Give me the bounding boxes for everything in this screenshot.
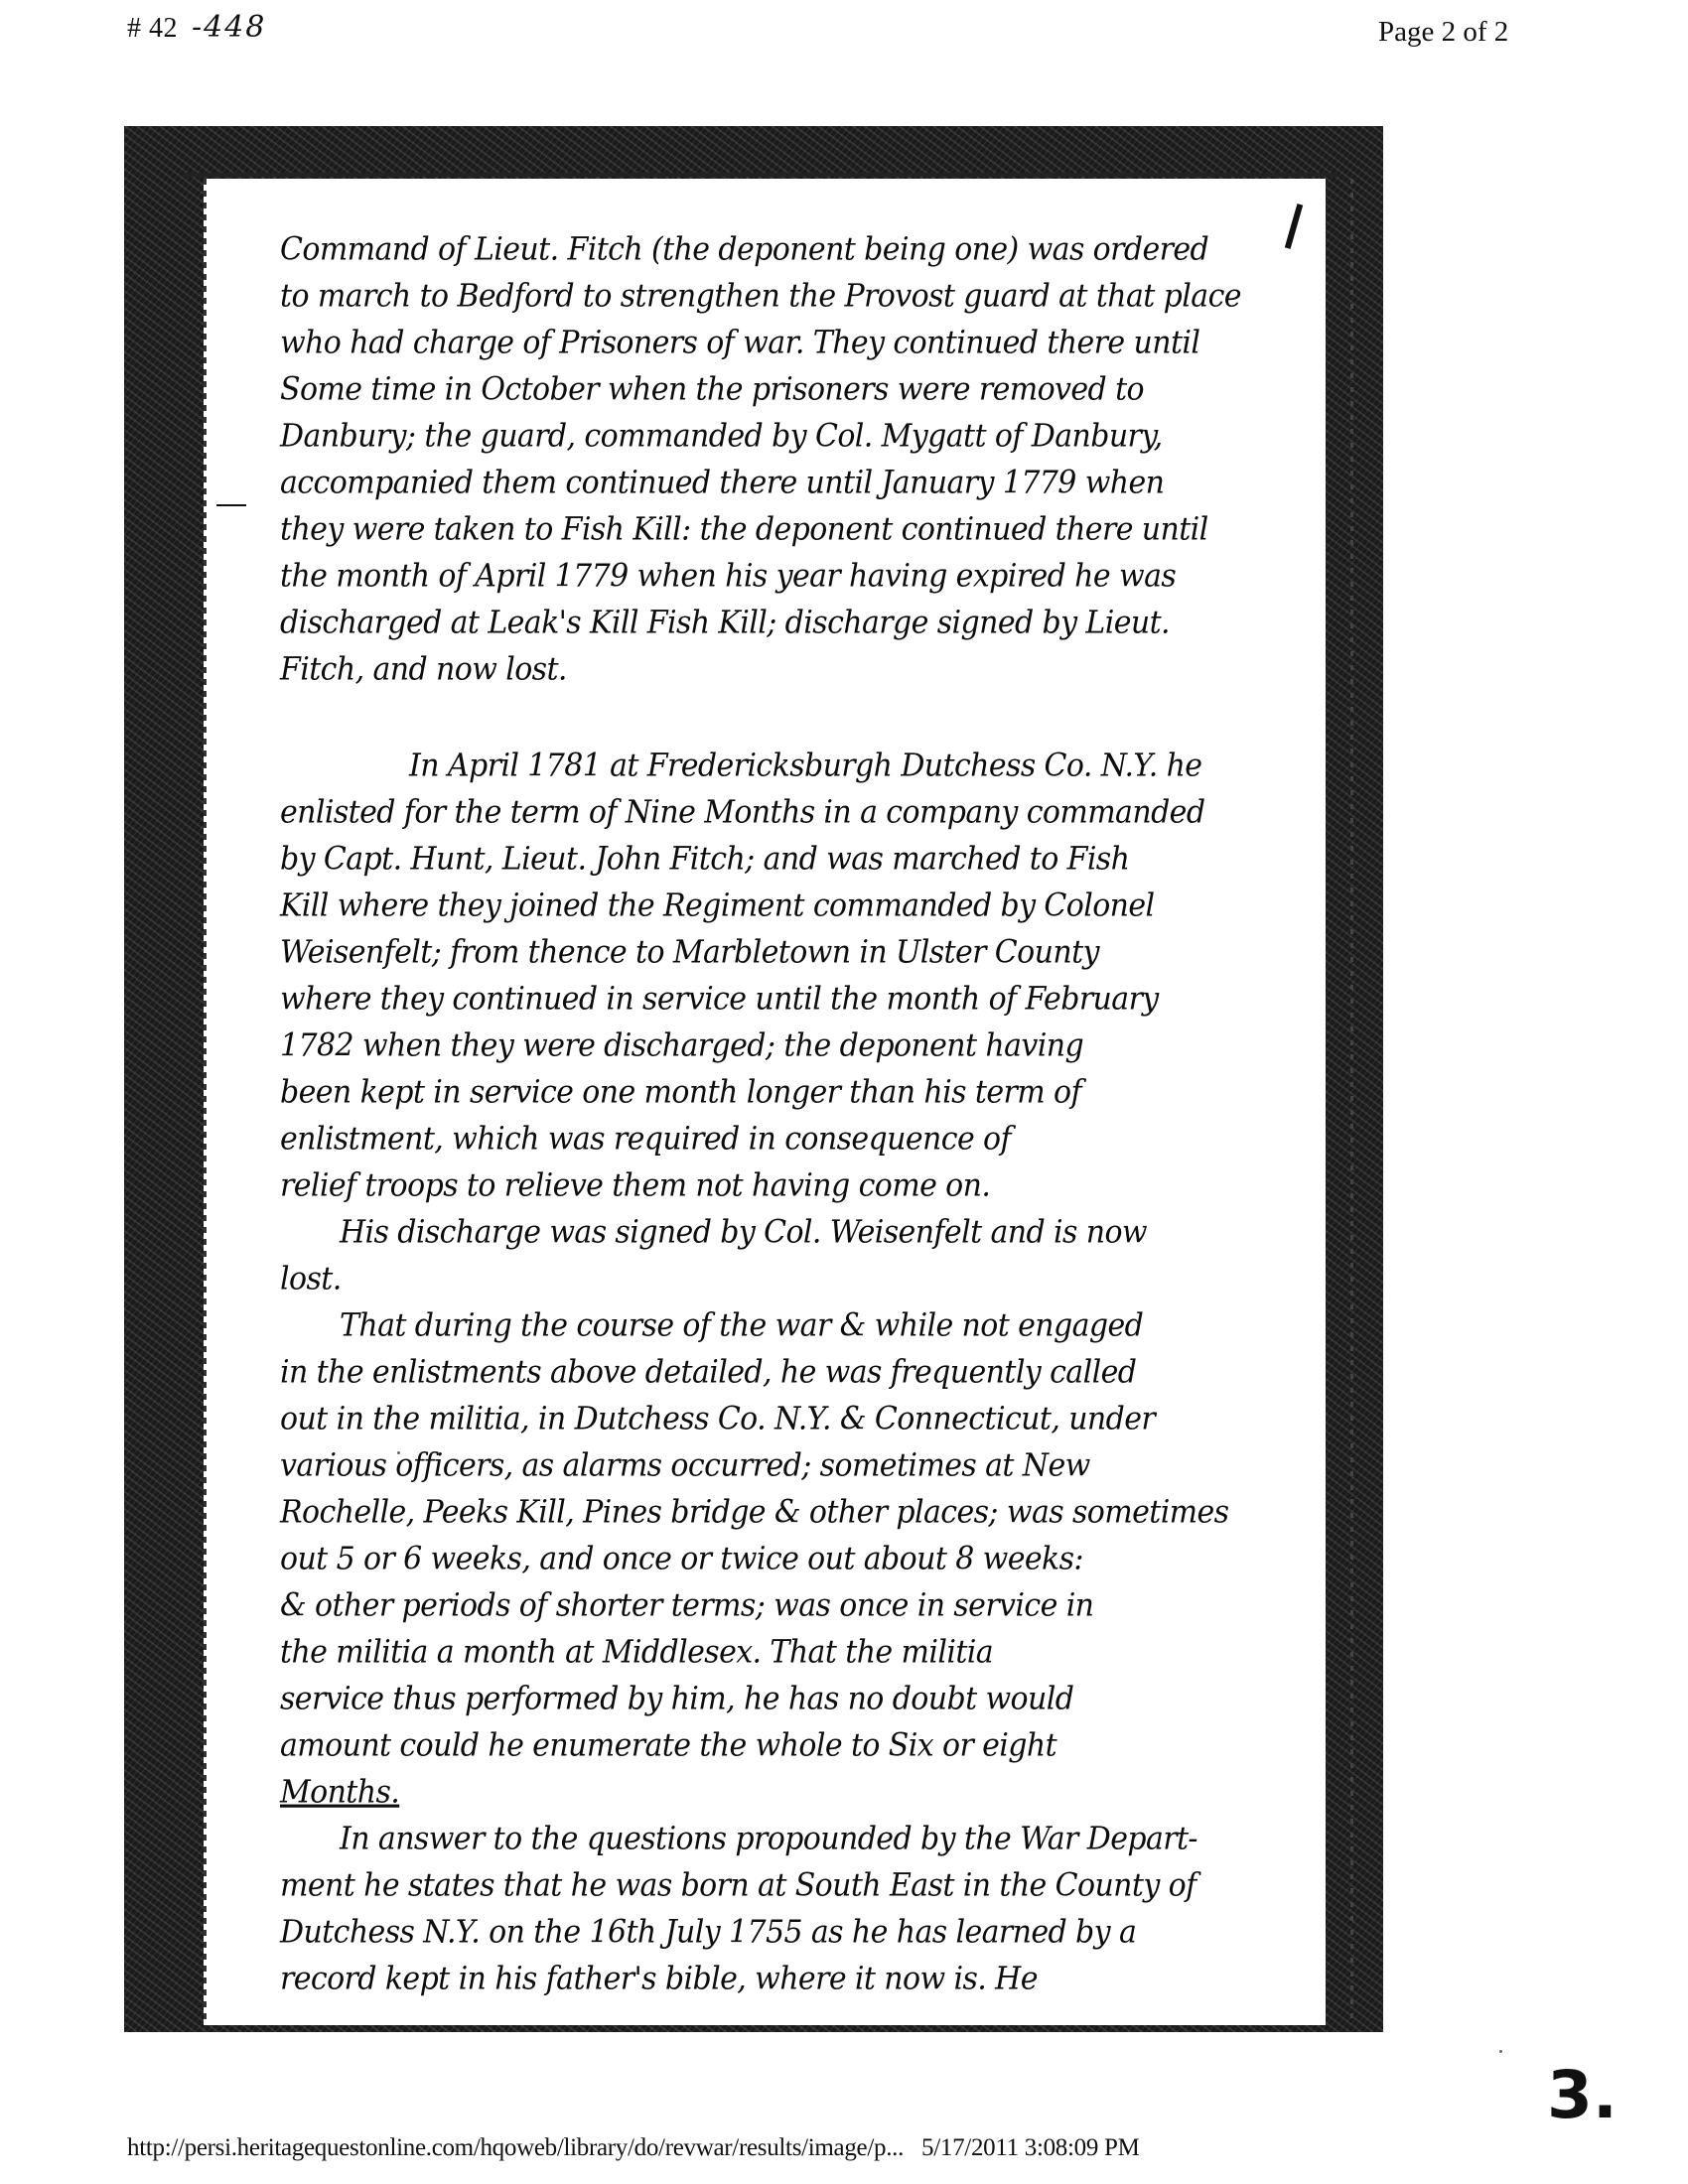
text-line: who had charge of Prisoners of war. They… — [280, 319, 1382, 367]
handwritten-annotation: -448 — [192, 10, 266, 45]
paragraph-start-line: In answer to the questions propounded by… — [280, 1815, 1382, 1863]
text-line: Some time in October when the prisoners … — [280, 365, 1382, 414]
text-line: lost. — [280, 1255, 1382, 1303]
text-line: Weisenfelt; from thence to Marbletown in… — [280, 928, 1382, 977]
text-line: ment he states that he was born at South… — [280, 1861, 1382, 1910]
page-indicator: Page 2 of 2 — [1378, 16, 1508, 49]
text-line-underlined: Months. — [280, 1768, 1382, 1817]
text-line: Danbury; the guard, commanded by Col. My… — [280, 412, 1382, 461]
text-line: amount could he enumerate the whole to S… — [280, 1721, 1382, 1770]
text-line: the month of April 1779 when his year ha… — [280, 552, 1382, 601]
record-number: # 42-448 — [127, 10, 266, 45]
print-timestamp: 5/17/2011 3:08:09 PM — [921, 2134, 1140, 2161]
text-line: Kill where they joined the Regiment comm… — [280, 882, 1382, 930]
text-line: discharged at Leak's Kill Fish Kill; dis… — [280, 599, 1382, 647]
text-line: Dutchess N.Y. on the 16th July 1755 as h… — [280, 1908, 1382, 1957]
page-edge-left — [204, 179, 207, 2025]
text-line: Fitch, and now lost. — [280, 645, 1382, 694]
text-line: Command of Lieut. Fitch (the deponent be… — [280, 225, 1382, 274]
paragraph-start-line: In April 1781 at Fredericksburgh Dutches… — [280, 742, 1382, 790]
margin-mark — [216, 504, 246, 506]
source-url: http://persi.heritagequestonline.com/hqo… — [127, 2134, 904, 2161]
text-line: in the enlistments above detailed, he wa… — [280, 1348, 1382, 1397]
text-line: out 5 or 6 weeks, and once or twice out … — [280, 1535, 1382, 1583]
text-line: the militia a month at Middlesex. That t… — [280, 1628, 1382, 1677]
text-line: record kept in his father's bible, where… — [280, 1955, 1382, 2003]
text-line: 1782 when they were discharged; the depo… — [280, 1022, 1382, 1070]
text-line: Rochelle, Peeks Kill, Pines bridge & oth… — [280, 1488, 1382, 1537]
text-line: relief troops to relieve them not having… — [280, 1161, 1382, 1210]
text-line: enlistment, which was required in conseq… — [280, 1115, 1382, 1163]
text-line: they were taken to Fish Kill: the depone… — [280, 505, 1382, 554]
handwritten-page-number: 3. — [1547, 2057, 1618, 2133]
text-line: out in the militia, in Dutchess Co. N.Y.… — [280, 1395, 1382, 1443]
text-line: accompanied them continued there until J… — [280, 459, 1382, 507]
text-line: by Capt. Hunt, Lieut. John Fitch; and wa… — [280, 835, 1382, 884]
scan-speck — [397, 1451, 400, 1454]
text-line: service thus performed by him, he has no… — [280, 1675, 1382, 1723]
text-line: where they continued in service until th… — [280, 975, 1382, 1024]
text-line: enlisted for the term of Nine Months in … — [280, 788, 1382, 837]
text-line: to march to Bedford to strengthen the Pr… — [280, 272, 1382, 321]
text-line: & other periods of shorter terms; was on… — [280, 1581, 1382, 1630]
scan-speck — [1499, 2050, 1502, 2053]
paragraph-start-line: That during the course of the war & whil… — [280, 1301, 1382, 1350]
text-line: various officers, as alarms occurred; so… — [280, 1441, 1382, 1490]
record-number-text: # 42 — [127, 13, 178, 44]
text-line: been kept in service one month longer th… — [280, 1068, 1382, 1117]
print-footer: http://persi.heritagequestonline.com/hqo… — [127, 2134, 1140, 2162]
handwritten-text-body: Command of Lieut. Fitch (the deponent be… — [280, 226, 1382, 2002]
text-line: His discharge was signed by Col. Weisenf… — [280, 1208, 1382, 1257]
